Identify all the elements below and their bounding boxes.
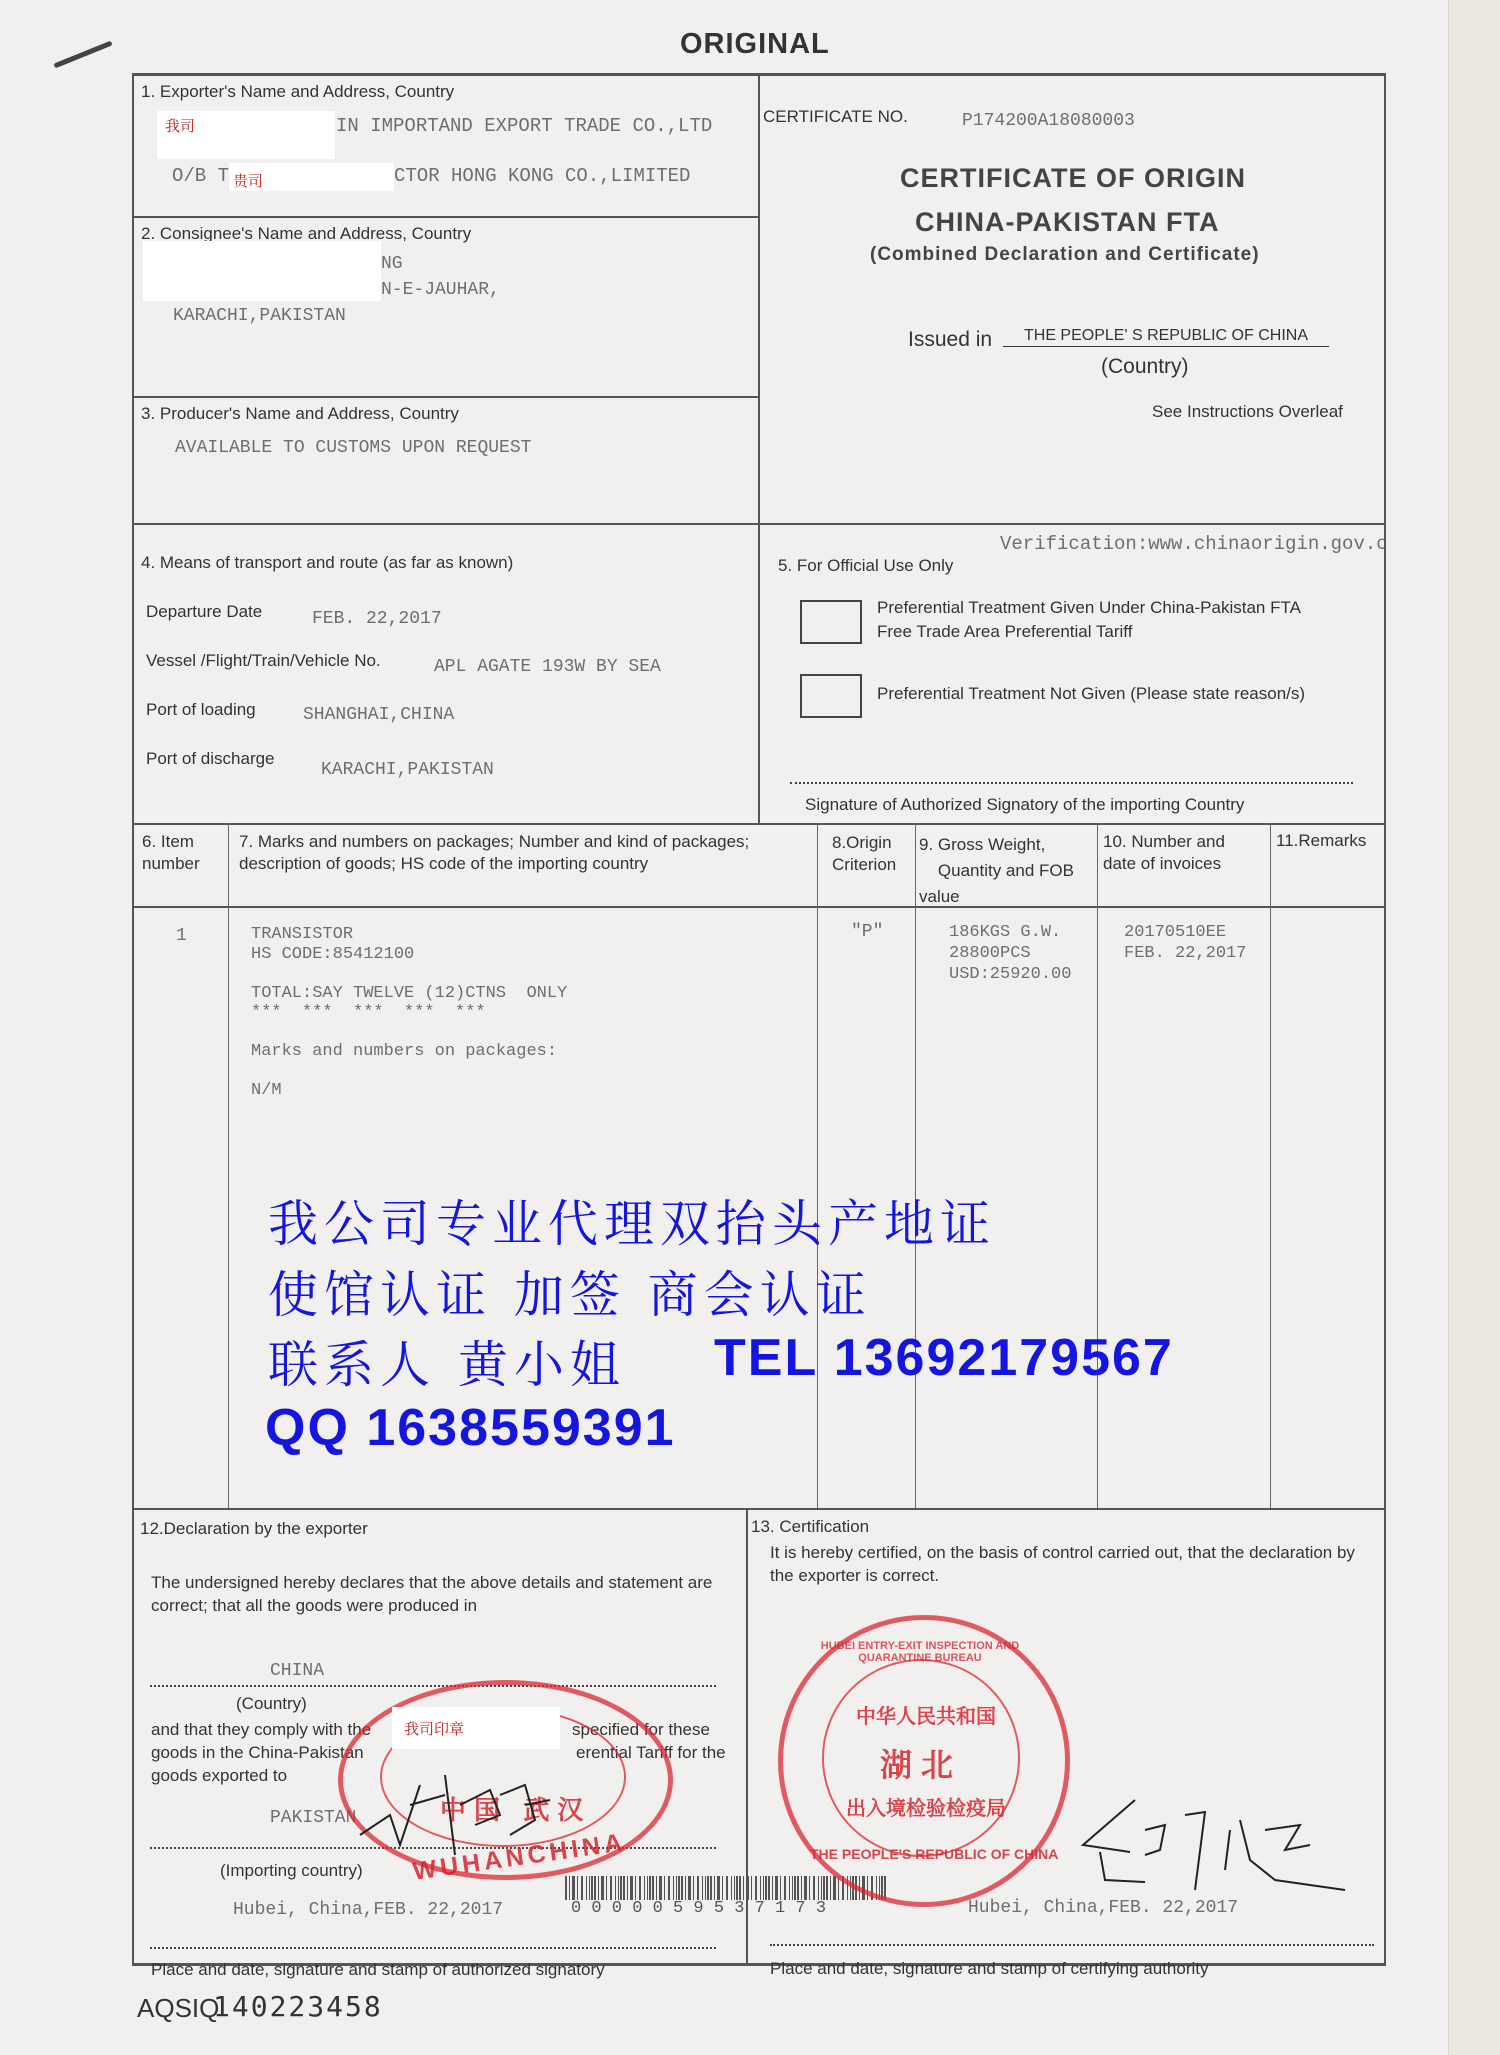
certificate-subtitle-fta: CHINA-PAKISTAN FTA [915,207,1219,238]
grid-col-10 [1097,823,1098,1508]
grid-mid-top [758,73,760,823]
box13-label: 13. Certification [751,1517,869,1537]
overlay-ad-qq: QQ 1638559391 [265,1398,676,1458]
producer-value: AVAILABLE TO CUSTOMS UPON REQUEST [175,438,531,458]
box5-label: 5. For Official Use Only [778,556,953,576]
col-marks-header: 7. Marks and numbers on packages; Number… [239,831,809,875]
invoice-number-date: 20170510EE FEB. 22,2017 [1124,922,1246,964]
box3-label: 3. Producer's Name and Address, Country [141,404,459,424]
barcode-number: 0 0 0 0 0 5 9 5 3 7 1 7 3 [571,1899,826,1918]
item-number: 1 [176,926,187,946]
comply-text-1: and that they comply with the [151,1720,371,1740]
country-caption: (Country) [1101,355,1189,379]
preferential-given-label-2: Free Trade Area Preferential Tariff [877,622,1132,642]
grid-h-decl [132,1508,1386,1510]
departure-date-label: Departure Date [146,602,262,622]
port-loading-value: SHANGHAI,CHINA [303,705,454,725]
grid-h-box2 [132,396,758,398]
authority-stamp-outer-text: HUBEI ENTRY-EXIT INSPECTION AND QUARANTI… [800,1640,1040,1664]
authority-signature-caption: Place and date, signature and stamp of c… [770,1959,1208,1979]
authority-stamp-bottom-text: THE PEOPLE'S REPUBLIC OF CHINA [810,1846,1030,1862]
authority-place-date: Hubei, China,FEB. 22,2017 [968,1898,1238,1918]
col-weight-header: 9. Gross Weight, Quantity and FOB value [919,832,1074,910]
box4-label: 4. Means of transport and route (as far … [141,553,513,573]
issued-in-value: THE PEOPLE' S REPUBLIC OF CHINA [1003,327,1329,347]
departure-date-value: FEB. 22,2017 [312,609,442,629]
signature-dotted-line [790,782,1353,784]
vessel-label: Vessel /Flight/Train/Vehicle No. [146,651,381,671]
consignee-line2: N-E-JAUHAR, [381,280,500,300]
col-remarks-header: 11.Remarks [1276,831,1366,851]
grid-h-table-head [132,906,1386,908]
certificate-title: CERTIFICATE OF ORIGIN [900,163,1246,194]
issued-in-label: Issued in [908,328,992,352]
original-heading: ORIGINAL [680,28,830,61]
redaction-note: 我司印章 [404,1718,464,1739]
country-caption: (Country) [236,1694,307,1714]
authority-stamp-center: 湖 北 [880,1740,953,1786]
aqsiq-label: AQSIQ [137,1993,219,2024]
origin-criterion: "P" [851,922,883,942]
importing-signature-caption: Signature of Authorized Signatory of the… [805,795,1244,815]
box1-label: 1. Exporter's Name and Address, Country [141,82,454,102]
col-origin-header: 8.Origin Criterion [832,832,896,876]
exporter-signature-caption: Place and date, signature and stamp of a… [151,1960,605,1980]
exporter-line1: IN IMPORTAND EXPORT TRADE CO.,LTD [336,115,712,137]
redaction-box [143,241,381,301]
col-invoice-header: 10. Number and date of invoices [1103,831,1225,875]
grid-col-8 [817,823,818,1508]
gross-weight-quantity-fob: 186KGS G.W. 28800PCS USD:25920.00 [949,922,1071,985]
grid-col-9 [915,823,916,1508]
produced-in-country: CHINA [270,1661,324,1681]
certificate-subtitle: (Combined Declaration and Certificate) [870,244,1260,266]
importing-country-caption: (Importing country) [220,1861,363,1881]
scan-edge [1448,0,1500,2055]
grid-h-box4 [132,523,1386,525]
port-discharge-value: KARACHI,PAKISTAN [321,760,494,780]
grid-col-11 [1270,823,1271,1508]
goods-description: TRANSISTOR HS CODE:85412100 TOTAL:SAY TW… [251,925,567,1101]
redaction-note: 我司 [165,115,195,136]
preferential-given-checkbox[interactable] [800,600,862,644]
certificate-no-label: CERTIFICATE NO. [763,107,908,127]
exporter-line2: CTOR HONG KONG CO.,LIMITED [394,165,690,187]
vessel-value: APL AGATE 193W BY SEA [434,657,661,677]
exporter-signature [350,1745,570,1865]
country-dotted-line [150,1685,716,1687]
exported-to-country: PAKISTAN [270,1808,356,1828]
preferential-given-label-1: Preferential Treatment Given Under China… [877,598,1301,618]
declaration-text: The undersigned hereby declares that the… [151,1571,741,1617]
comply-text-2: goods in the China-Pakistan [151,1743,364,1763]
certification-text: It is hereby certified, on the basis of … [770,1541,1382,1587]
exporter-line2-prefix: O/B T [172,165,229,187]
consignee-line1: NG [381,254,403,274]
authority-stamp-center-bottom: 出入境检验检疫局 [846,1792,1006,1821]
overlay-ad-line2: 使馆认证 加签 商会认证 [268,1255,872,1327]
certificate-no-value: P174200A18080003 [962,111,1135,131]
grid-right [1384,73,1386,1963]
box12-label: 12.Declaration by the exporter [140,1519,368,1539]
redaction-note: 贵司 [233,170,263,191]
comply-text-3: goods exported to [151,1766,287,1786]
preferential-not-given-checkbox[interactable] [800,674,862,718]
overlay-ad-line1: 我公司专业代理双抬头产地证 [268,1184,996,1256]
grid-left [132,73,134,1963]
col-item-header: 6. Item number [142,831,200,875]
verification-url: Verification:www.chinaorigin.gov.cn [1000,533,1384,555]
port-discharge-label: Port of discharge [146,749,275,769]
authority-signature [1075,1790,1375,1900]
authority-stamp-center-top: 中华人民共和国 [856,1700,996,1729]
consignee-line3: KARACHI,PAKISTAN [173,306,346,326]
preferential-not-given-label: Preferential Treatment Not Given (Please… [877,684,1305,704]
overlay-ad-line3-name: 联系人 黄小姐 [268,1325,626,1397]
instructions-note: See Instructions Overleaf [1152,402,1343,422]
authority-signature-dotted-line [770,1944,1374,1946]
exporter-signature-dotted-line [150,1947,716,1949]
aqsiq-number: 140223458 [213,1990,383,2023]
grid-h-table [132,823,1386,825]
grid-h-box1 [132,216,758,218]
exporter-place-date: Hubei, China,FEB. 22,2017 [233,1900,503,1920]
grid-col-6 [228,823,229,1508]
port-loading-label: Port of loading [146,700,256,720]
overlay-ad-phone: TEL 13692179567 [714,1328,1174,1388]
